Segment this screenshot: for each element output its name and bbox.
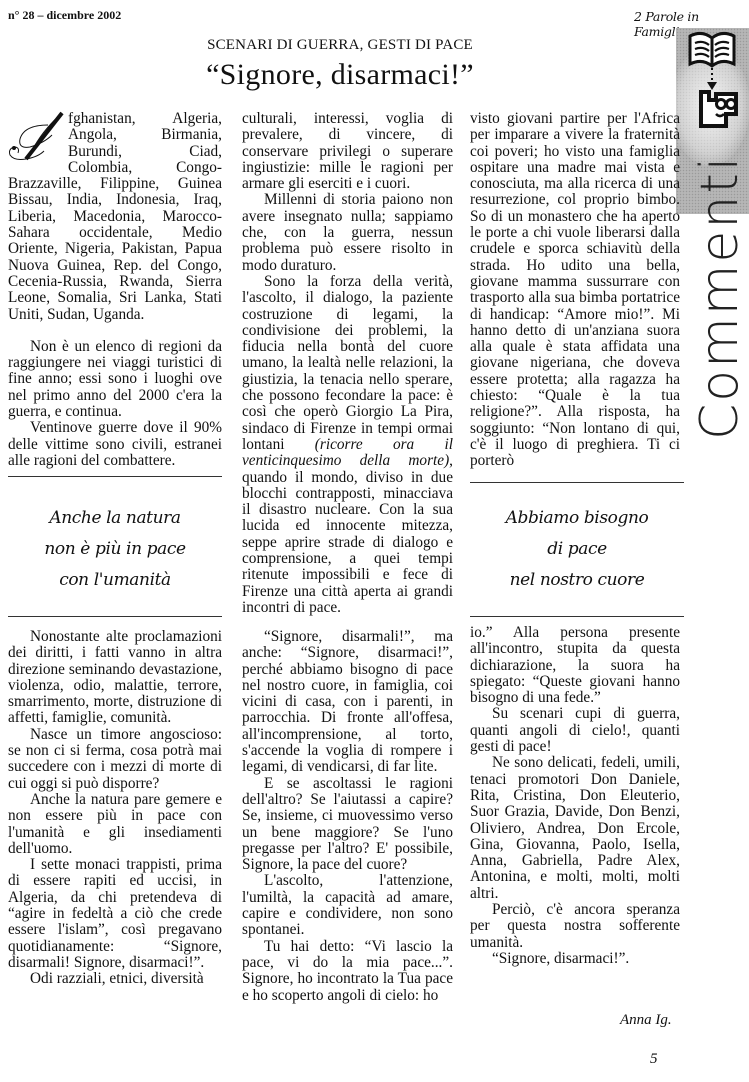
page-number: 5 [650,1051,658,1068]
author-signature: Anna Ig. [620,1012,672,1029]
top-column-2: culturali, interessi, voglia di prevaler… [242,111,453,616]
divider [470,616,684,617]
decorative-dropcap-a [4,111,66,161]
section-label-commenti: Commenti [680,200,740,460]
bottom-column-2: “Signore, disarmali!”, ma anche: “Signor… [242,629,453,1004]
divider [8,616,222,617]
pullquote-right: Abbiamo bisogno di pace nel nostro cuore [470,503,684,596]
bottom-column-3: io.” Alla persona presente all'incontro,… [470,625,680,967]
top-column-3: visto giovani partire per l'Africa per i… [470,111,680,470]
top-column-1: fghanistan, Algeria, Angola, Birmania, B… [8,111,222,469]
article-kicker: SCENARI DI GUERRA, GESTI DI PACE [0,37,680,54]
bottom-column-1: Nonostante alte proclamazioni dei diritt… [8,629,222,988]
divider [470,482,684,483]
divider [8,476,222,477]
pullquote-left: Anche la natura non è più in pace con l'… [8,503,222,596]
article-title: “Signore, disarmaci!” [0,58,680,92]
issue-number-date: n° 28 – dicembre 2002 [8,8,121,23]
book-and-reader-icon [676,28,749,138]
